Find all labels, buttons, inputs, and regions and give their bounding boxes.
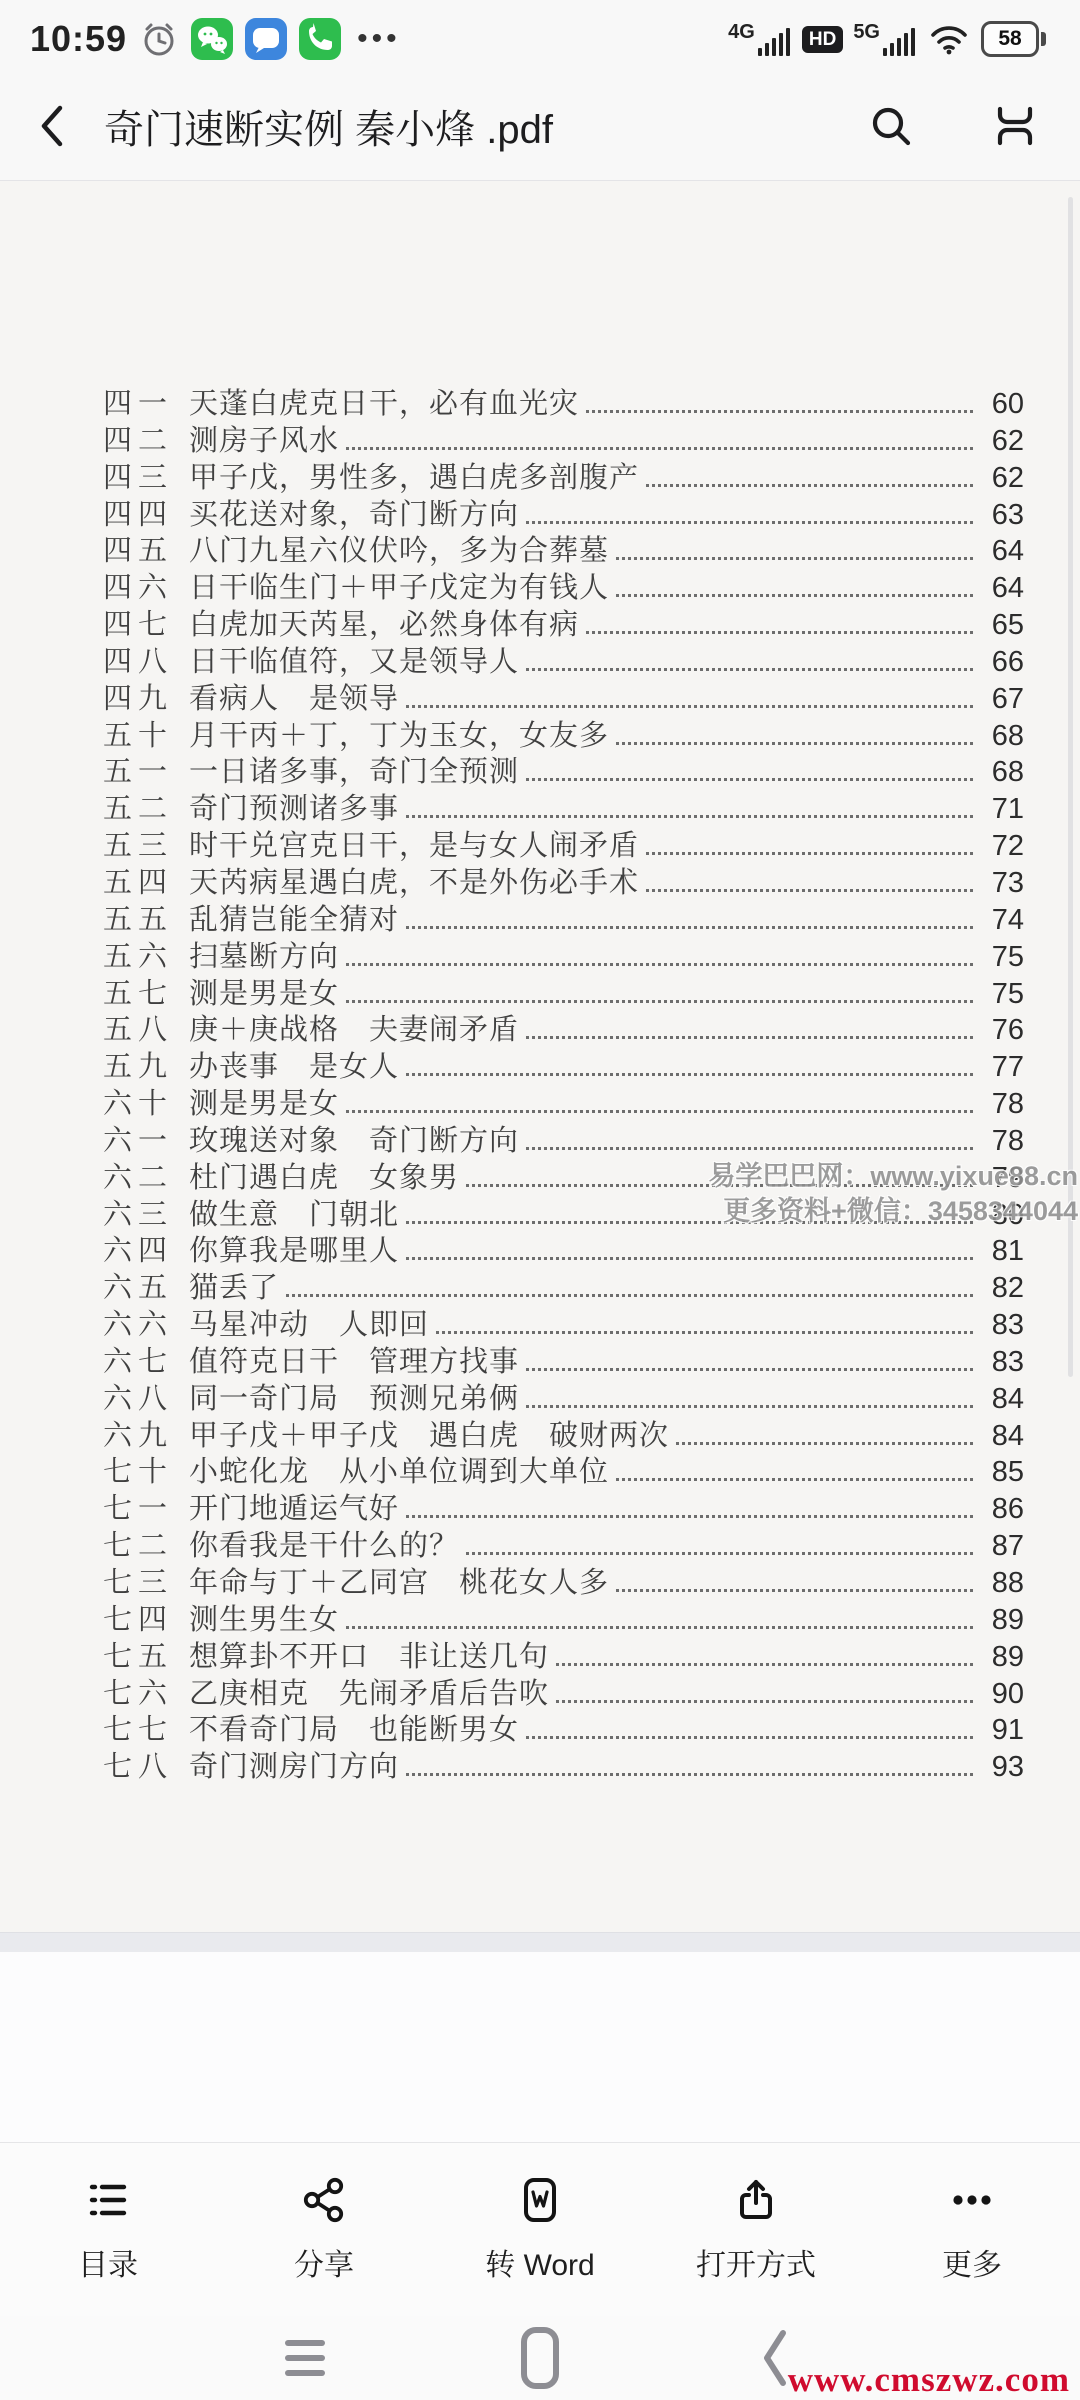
toc-entry-number: 五七 [103, 971, 177, 1012]
toc-entry-page: 81 [978, 1235, 1024, 1268]
toc-entry-number: 七八 [103, 1744, 177, 1785]
toc-row[interactable]: 五九 办丧事 是女人 77 [103, 1044, 1024, 1081]
toc-row[interactable]: 六八 同一奇门局 预测兄弟俩 84 [103, 1376, 1024, 1413]
toc-row[interactable]: 四五 八门九星六仪伏吟，多为合葬墓 64 [103, 528, 1024, 565]
toc-entry-title: 庚＋庚战格 夫妻闹矛盾 [189, 1007, 519, 1048]
toc-dot-leader [406, 1515, 973, 1518]
toc-entry-page: 60 [978, 388, 1024, 421]
toolbar-label: 转 Word [485, 2240, 594, 2284]
toc-row[interactable]: 七三 年命与丁＋乙同宫 桃花女人多 88 [103, 1560, 1024, 1597]
toolbar-button-toc[interactable]: 目录 [0, 2176, 216, 2284]
toc-row[interactable]: 六十 测是男是女 78 [103, 1081, 1024, 1118]
toc-dot-leader [646, 852, 973, 855]
toc-entry-number: 四二 [103, 418, 177, 459]
toolbar-button-open-with[interactable]: 打开方式 [648, 2176, 864, 2284]
toc-entry-title: 八门九星六仪伏吟，多为合葬墓 [189, 528, 609, 569]
toc-entry-number: 六九 [103, 1413, 177, 1454]
toc-entry-title: 天蓬白虎克日干，必有血光灾 [189, 381, 579, 422]
phone-screen: 10:59 [0, 0, 1080, 2400]
toc-entry-number: 四七 [103, 602, 177, 643]
toolbar-button-more[interactable]: 更多 [864, 2176, 1080, 2284]
toc-entry-title: 做生意 门朝北 [189, 1192, 399, 1233]
toc-entry-title: 一日诸多事，奇门全预测 [189, 749, 519, 790]
toc-dot-leader [466, 1552, 973, 1555]
toc-entry-page: 79 [978, 1162, 1024, 1195]
toc-row[interactable]: 四六 日干临生门＋甲子戊定为有钱人 64 [103, 565, 1024, 602]
toc-row[interactable]: 五六 扫墓断方向 75 [103, 934, 1024, 971]
toc-entry-number: 五六 [103, 934, 177, 975]
toc-entry-page: 87 [978, 1530, 1024, 1563]
toc-entry-title: 小蛇化龙 从小单位调到大单位 [189, 1449, 609, 1490]
toc-row[interactable]: 七十 小蛇化龙 从小单位调到大单位 85 [103, 1449, 1024, 1486]
toc-entry-page: 78 [978, 1125, 1024, 1158]
page-fit-icon[interactable] [990, 101, 1040, 151]
toc-entry-page: 75 [978, 978, 1024, 1011]
toc-entry-page: 68 [978, 756, 1024, 789]
toc-entry-title: 不看奇门局 也能断男女 [189, 1707, 519, 1748]
app-bar: 奇门速断实例 秦小烽 .pdf [0, 72, 1080, 180]
back-icon[interactable] [30, 98, 74, 154]
toc-list: 四一 天蓬白虎克日干，必有血光灾 60 四二 测房子风水 62 四三 甲子戊，男… [103, 381, 1024, 1781]
nav-back-icon[interactable] [755, 2325, 795, 2391]
toc-entry-number: 五五 [103, 897, 177, 938]
toc-entry-page: 74 [978, 904, 1024, 937]
next-page-blank [0, 1952, 1080, 2142]
toc-dot-leader [556, 1663, 973, 1666]
more-dots-icon: ••• [357, 22, 401, 56]
toc-dot-leader [676, 1442, 973, 1445]
toc-entry-number: 六四 [103, 1228, 177, 1269]
toc-entry-number: 六五 [103, 1265, 177, 1306]
toc-dot-leader [346, 963, 973, 966]
toc-entry-page: 90 [978, 1678, 1024, 1711]
toc-dot-leader [286, 1294, 973, 1297]
toc-entry-page: 83 [978, 1346, 1024, 1379]
toc-entry-title: 你看我是干什么的？ [189, 1523, 459, 1564]
toc-row[interactable]: 七四 测生男生女 89 [103, 1597, 1024, 1634]
clock-time: 10:59 [30, 18, 127, 60]
toc-dot-leader [526, 1368, 973, 1371]
battery-icon: 58 [981, 21, 1046, 57]
toc-dot-leader [346, 1110, 973, 1113]
toc-dot-leader [526, 1147, 973, 1150]
toc-entry-number: 六十 [103, 1081, 177, 1122]
toc-entry-number: 四九 [103, 676, 177, 717]
toc-entry-page: 64 [978, 572, 1024, 605]
search-icon[interactable] [866, 101, 916, 151]
toc-entry-title: 奇门测房门方向 [189, 1744, 399, 1785]
toc-entry-number: 七五 [103, 1634, 177, 1675]
toc-entry-page: 82 [978, 1272, 1024, 1305]
toc-entry-title: 测是男是女 [189, 1081, 339, 1122]
toc-entry-title: 时干兑宫克日干，是与女人闹矛盾 [189, 823, 639, 864]
toc-entry-page: 66 [978, 646, 1024, 679]
toc-entry-title: 你算我是哪里人 [189, 1228, 399, 1269]
toc-dot-leader [406, 1073, 973, 1076]
toc-entry-page: 78 [978, 1088, 1024, 1121]
toc-entry-number: 五八 [103, 1007, 177, 1048]
toc-entry-title: 猫丢了 [189, 1265, 279, 1306]
word-doc-icon [516, 2176, 564, 2224]
toc-entry-number: 四五 [103, 528, 177, 569]
toc-entry-page: 64 [978, 535, 1024, 568]
toc-entry-title: 测是男是女 [189, 971, 339, 1012]
toolbar-label: 打开方式 [696, 2240, 816, 2284]
toc-dot-leader [406, 1221, 973, 1224]
toolbar-button-word[interactable]: 转 Word [432, 2176, 648, 2284]
toc-entry-title: 白虎加天芮星，必然身体有病 [189, 602, 579, 643]
messages-icon [245, 18, 287, 60]
toc-entry-page: 93 [978, 1751, 1024, 1784]
toc-entry-page: 72 [978, 830, 1024, 863]
toc-row[interactable]: 七七 不看奇门局 也能断男女 91 [103, 1707, 1024, 1744]
toc-entry-number: 七四 [103, 1597, 177, 1638]
system-nav-bar: www.cmszwz.com [0, 2316, 1080, 2400]
signal-4g-icon: 4G [728, 22, 792, 56]
toc-dot-leader [346, 1000, 973, 1003]
toc-entry-number: 五四 [103, 860, 177, 901]
recents-icon[interactable] [285, 2340, 325, 2376]
toc-row[interactable]: 四九 看病人 是领导 67 [103, 676, 1024, 713]
toc-entry-number: 七二 [103, 1523, 177, 1564]
toc-entry-title: 乱猜岂能全猜对 [189, 897, 399, 938]
toc-entry-title: 值符克日干 管理方找事 [189, 1339, 519, 1380]
toc-entry-number: 五十 [103, 713, 177, 754]
toc-dot-leader [616, 594, 973, 597]
toc-entry-page: 89 [978, 1604, 1024, 1637]
toc-entry-title: 想算卦不开口 非让送几句 [189, 1634, 549, 1675]
toc-dot-leader [586, 631, 973, 634]
toc-entry-title: 年命与丁＋乙同宫 桃花女人多 [189, 1560, 609, 1601]
toc-row[interactable]: 七二 你看我是干什么的？ 87 [103, 1523, 1024, 1560]
toc-dot-leader [346, 1626, 973, 1629]
scrollbar[interactable] [1068, 197, 1073, 1377]
toc-entry-page: 84 [978, 1383, 1024, 1416]
toc-row[interactable]: 六一 玫瑰送对象 奇门断方向 78 [103, 1118, 1024, 1155]
toc-row[interactable]: 五三 时干兑宫克日干，是与女人闹矛盾 72 [103, 823, 1024, 860]
toc-entry-page: 67 [978, 683, 1024, 716]
toc-entry-title: 同一奇门局 预测兄弟俩 [189, 1376, 519, 1417]
alarm-icon [139, 19, 179, 59]
toc-entry-number: 七七 [103, 1707, 177, 1748]
toc-entry-number: 六二 [103, 1155, 177, 1196]
document-title: 奇门速断实例 秦小烽 .pdf [104, 98, 836, 155]
toc-entry-page: 80 [978, 1199, 1024, 1232]
toc-row[interactable]: 七八 奇门测房门方向 93 [103, 1744, 1024, 1781]
toc-entry-page: 71 [978, 793, 1024, 826]
toc-row[interactable]: 六七 值符克日干 管理方找事 83 [103, 1339, 1024, 1376]
toc-entry-title: 日干临生门＋甲子戊定为有钱人 [189, 565, 609, 606]
toc-entry-page: 77 [978, 1051, 1024, 1084]
toc-entry-page: 89 [978, 1641, 1024, 1674]
toc-dot-leader [616, 742, 973, 745]
toc-dot-leader [616, 1478, 973, 1481]
toc-entry-page: 88 [978, 1567, 1024, 1600]
toc-entry-number: 四三 [103, 455, 177, 496]
phone-icon [299, 18, 341, 60]
wechat-icon [191, 18, 233, 60]
toc-dot-leader [406, 1257, 973, 1260]
toc-entry-page: 63 [978, 499, 1024, 532]
toc-entry-page: 84 [978, 1420, 1024, 1453]
toc-dot-leader [646, 484, 973, 487]
toc-row[interactable]: 五八 庚＋庚战格 夫妻闹矛盾 76 [103, 1007, 1024, 1044]
toc-row[interactable]: 五四 天芮病星遇白虎，不是外伤必手术 73 [103, 860, 1024, 897]
toc-dot-leader [526, 521, 973, 524]
toc-entry-title: 奇门预测诸多事 [189, 786, 399, 827]
toc-entry-number: 六三 [103, 1192, 177, 1233]
toc-entry-page: 68 [978, 720, 1024, 753]
toc-entry-number: 七六 [103, 1671, 177, 1712]
toc-row[interactable]: 四一 天蓬白虎克日干，必有血光灾 60 [103, 381, 1024, 418]
toc-dot-leader [586, 410, 973, 413]
toc-dot-leader [526, 1036, 973, 1039]
toc-entry-number: 七一 [103, 1486, 177, 1527]
open-with-icon [732, 2176, 780, 2224]
page-separator [0, 1932, 1080, 1952]
toc-dot-leader [406, 1773, 973, 1776]
more-icon [948, 2176, 996, 2224]
toolbar-label: 更多 [942, 2240, 1002, 2284]
toc-row[interactable]: 五五 乱猜岂能全猜对 74 [103, 897, 1024, 934]
toc-entry-title: 开门地遁运气好 [189, 1486, 399, 1527]
toc-row[interactable]: 七六 乙庚相克 先闹矛盾后告吹 90 [103, 1671, 1024, 1708]
battery-percent: 58 [981, 21, 1039, 57]
toc-entry-title: 扫墓断方向 [189, 934, 339, 975]
status-bar: 10:59 [0, 0, 1080, 72]
toc-dot-leader [526, 1405, 973, 1408]
toc-row[interactable]: 七一 开门地遁运气好 86 [103, 1486, 1024, 1523]
toc-dot-leader [616, 557, 973, 560]
toc-row[interactable]: 六五 猫丢了 82 [103, 1265, 1024, 1302]
toc-entry-title: 买花送对象，奇门断方向 [189, 492, 519, 533]
toc-entry-number: 五九 [103, 1044, 177, 1085]
toc-row[interactable]: 五一 一日诸多事，奇门全预测 68 [103, 749, 1024, 786]
toc-row[interactable]: 四二 测房子风水 62 [103, 418, 1024, 455]
toc-list-icon [84, 2176, 132, 2224]
toc-entry-title: 杜门遇白虎 女象男 [189, 1155, 459, 1196]
toc-entry-page: 76 [978, 1014, 1024, 1047]
toc-dot-leader [556, 1700, 973, 1703]
toc-entry-title: 甲子戊，男性多，遇白虎多剖腹产 [189, 455, 639, 496]
toc-dot-leader [466, 1184, 973, 1187]
share-icon [300, 2176, 348, 2224]
toc-entry-title: 乙庚相克 先闹矛盾后告吹 [189, 1671, 549, 1712]
toc-entry-title: 天芮病星遇白虎，不是外伤必手术 [189, 860, 639, 901]
toc-entry-number: 四一 [103, 381, 177, 422]
toc-row[interactable]: 六二 杜门遇白虎 女象男 79 [103, 1155, 1024, 1192]
toc-entry-title: 办丧事 是女人 [189, 1044, 399, 1085]
pdf-page[interactable]: 四一 天蓬白虎克日干，必有血光灾 60 四二 测房子风水 62 四三 甲子戊，男… [0, 180, 1080, 1932]
toolbar-button-share[interactable]: 分享 [216, 2176, 432, 2284]
toc-row[interactable]: 五七 测是男是女 75 [103, 971, 1024, 1008]
toc-entry-title: 玫瑰送对象 奇门断方向 [189, 1118, 519, 1159]
toc-dot-leader [526, 668, 973, 671]
bottom-toolbar: 目录 分享 转 Word [0, 2142, 1080, 2316]
toc-entry-page: 73 [978, 867, 1024, 900]
toc-entry-title: 测房子风水 [189, 418, 339, 459]
toc-entry-number: 四四 [103, 492, 177, 533]
toc-entry-number: 七三 [103, 1560, 177, 1601]
toc-entry-page: 62 [978, 462, 1024, 495]
toc-dot-leader [616, 1589, 973, 1592]
toc-entry-title: 看病人 是领导 [189, 676, 399, 717]
toc-row[interactable]: 五十 月干丙＋丁，丁为玉女，女友多 68 [103, 713, 1024, 750]
toc-entry-number: 六八 [103, 1376, 177, 1417]
toc-entry-title: 甲子戊＋甲子戊 遇白虎 破财两次 [189, 1413, 669, 1454]
toc-entry-number: 七十 [103, 1449, 177, 1490]
toc-dot-leader [406, 815, 973, 818]
toc-row[interactable]: 六四 你算我是哪里人 81 [103, 1228, 1024, 1265]
toc-entry-page: 91 [978, 1714, 1024, 1747]
toc-row[interactable]: 七五 想算卦不开口 非让送几句 89 [103, 1634, 1024, 1671]
toc-entry-page: 83 [978, 1309, 1024, 1342]
wifi-icon [927, 21, 971, 57]
toolbar-label: 分享 [294, 2240, 354, 2284]
toc-entry-number: 五三 [103, 823, 177, 864]
toc-dot-leader [526, 778, 973, 781]
toolbar-label: 目录 [78, 2240, 138, 2284]
toc-entry-number: 六一 [103, 1118, 177, 1159]
toc-entry-title: 测生男生女 [189, 1597, 339, 1638]
toc-entry-page: 62 [978, 425, 1024, 458]
toc-entry-number: 六七 [103, 1339, 177, 1380]
toc-row[interactable]: 六九 甲子戊＋甲子戊 遇白虎 破财两次 84 [103, 1413, 1024, 1450]
toc-row[interactable]: 四四 买花送对象，奇门断方向 63 [103, 492, 1024, 529]
toc-entry-title: 日干临值符，又是领导人 [189, 639, 519, 680]
toc-entry-page: 85 [978, 1456, 1024, 1489]
toc-row[interactable]: 四三 甲子戊，男性多，遇白虎多剖腹产 62 [103, 455, 1024, 492]
toc-entry-title: 马星冲动 人即回 [189, 1302, 429, 1343]
toc-entry-page: 75 [978, 941, 1024, 974]
toc-row[interactable]: 四七 白虎加天芮星，必然身体有病 65 [103, 602, 1024, 639]
toc-entry-page: 65 [978, 609, 1024, 642]
signal-5g-icon: 5G [853, 22, 917, 56]
toc-entry-number: 六六 [103, 1302, 177, 1343]
toc-dot-leader [646, 889, 973, 892]
toc-row[interactable]: 五二 奇门预测诸多事 71 [103, 786, 1024, 823]
home-icon[interactable] [521, 2327, 559, 2389]
hd-badge: HD [802, 26, 843, 53]
toc-entry-page: 86 [978, 1493, 1024, 1526]
toc-entry-number: 五一 [103, 749, 177, 790]
toc-entry-number: 四八 [103, 639, 177, 680]
toc-dot-leader [436, 1331, 973, 1334]
toc-row[interactable]: 六三 做生意 门朝北 80 [103, 1192, 1024, 1229]
toc-entry-number: 五二 [103, 786, 177, 827]
toc-dot-leader [406, 926, 973, 929]
toc-entry-title: 月干丙＋丁，丁为玉女，女友多 [189, 713, 609, 754]
toc-row[interactable]: 六六 马星冲动 人即回 83 [103, 1302, 1024, 1339]
toc-row[interactable]: 四八 日干临值符，又是领导人 66 [103, 639, 1024, 676]
toc-entry-number: 四六 [103, 565, 177, 606]
toc-dot-leader [526, 1736, 973, 1739]
toc-dot-leader [406, 705, 973, 708]
toc-dot-leader [346, 447, 973, 450]
site-watermark: www.cmszwz.com [788, 2360, 1070, 2400]
